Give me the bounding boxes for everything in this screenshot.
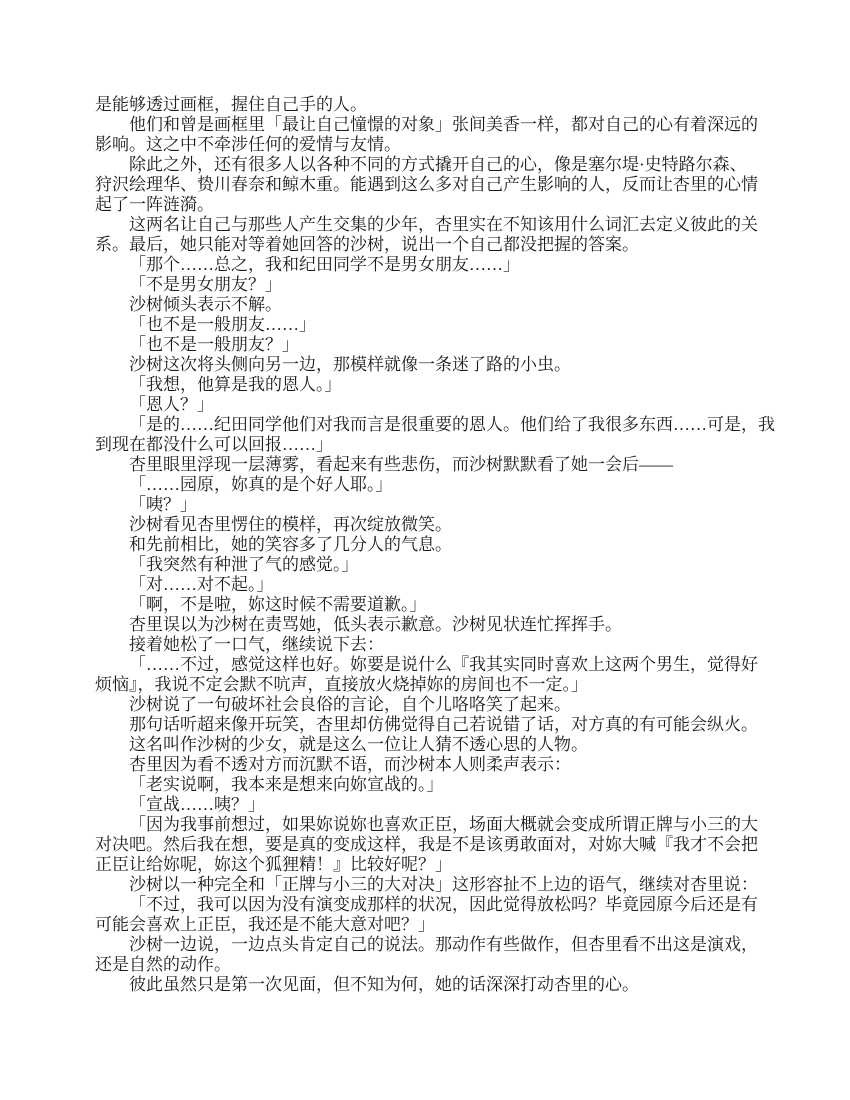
text-line: 沙树一边说，一边点头肯定自己的说法。那动作有些做作，但杏里看不出这是演戏， <box>95 935 759 955</box>
text-line: 「不是男女朋友？」 <box>95 275 759 295</box>
novel-text-block: 是能够透过画框，握住自己手的人。他们和曾是画框里「最让自己憧憬的对象」张间美香一… <box>95 95 759 995</box>
text-line: 「啊，不是啦，妳这时候不需要道歉。」 <box>95 595 759 615</box>
text-line: 狩沢绘理华、贽川春奈和鲸木重。能遇到这么多对自己产生影响的人，反而让杏里的心情 <box>95 175 759 195</box>
text-line: 沙树看见杏里愣住的模样，再次绽放微笑。 <box>95 515 759 535</box>
text-line: 「……园原，妳真的是个好人耶。」 <box>95 475 759 495</box>
text-line: 系。最后，她只能对等着她回答的沙树，说出一个自己都没把握的答案。 <box>95 235 759 255</box>
text-line: 烦恼』，我说不定会默不吭声，直接放火烧掉妳的房间也不一定。」 <box>95 675 759 695</box>
text-line: 是能够透过画框，握住自己手的人。 <box>95 95 759 115</box>
text-line: 「对……对不起。」 <box>95 575 759 595</box>
text-line: 那句话听超来像开玩笑，杏里却仿佛觉得自己若说错了话，对方真的有可能会纵火。 <box>95 715 759 735</box>
text-line: 还是自然的动作。 <box>95 955 759 975</box>
text-line: 这两名让自己与那些人产生交集的少年，杏里实在不知该用什么词汇去定义彼此的关 <box>95 215 759 235</box>
text-line: 「宣战……咦？」 <box>95 795 759 815</box>
text-line: 杏里因为看不透对方而沉默不语，而沙树本人则柔声表示： <box>95 755 759 775</box>
text-line: 「是的……纪田同学他们对我而言是很重要的恩人。他们给了我很多东西……可是，我 <box>95 415 759 435</box>
document-page: 是能够透过画框，握住自己手的人。他们和曾是画框里「最让自己憧憬的对象」张间美香一… <box>0 0 850 1100</box>
text-line: 「不过，我可以因为没有演变成那样的状况，因此觉得放松吗？毕竟园原今后还是有 <box>95 895 759 915</box>
text-line: 对决吧。然后我在想，要是真的变成这样，我是不是该勇敢面对，对妳大喊『我才不会把 <box>95 835 759 855</box>
text-line: 彼此虽然只是第一次见面，但不知为何，她的话深深打动杏里的心。 <box>95 975 759 995</box>
text-line: 沙树以一种完全和「正牌与小三的大对决」这形容扯不上边的语气，继续对杏里说： <box>95 875 759 895</box>
text-line: 起了一阵涟漪。 <box>95 195 759 215</box>
text-line: 「因为我事前想过，如果妳说妳也喜欢正臣，场面大概就会变成所谓正牌与小三的大 <box>95 815 759 835</box>
text-line: 可能会喜欢上正臣，我还是不能大意对吧？」 <box>95 915 759 935</box>
text-line: 影响。这之中不牵涉任何的爱情与友情。 <box>95 135 759 155</box>
text-line: 正臣让给妳呢，妳这个狐狸精！』比较好呢？」 <box>95 855 759 875</box>
text-line: 杏里误以为沙树在责骂她，低头表示歉意。沙树见状连忙挥挥手。 <box>95 615 759 635</box>
text-line: 沙树倾头表示不解。 <box>95 295 759 315</box>
text-line: 沙树这次将头侧向另一边，那模样就像一条迷了路的小虫。 <box>95 355 759 375</box>
text-line: 除此之外，还有很多人以各种不同的方式撬开自己的心，像是塞尔堤·史特路尔森、 <box>95 155 759 175</box>
text-line: 「也不是一般朋友？」 <box>95 335 759 355</box>
text-line: 杏里眼里浮现一层薄雾，看起来有些悲伤，而沙树默默看了她一会后—— <box>95 455 759 475</box>
text-line: 「恩人？」 <box>95 395 759 415</box>
text-line: 接着她松了一口气，继续说下去： <box>95 635 759 655</box>
text-line: 这名叫作沙树的少女，就是这么一位让人猜不透心思的人物。 <box>95 735 759 755</box>
text-line: 和先前相比，她的笑容多了几分人的气息。 <box>95 535 759 555</box>
text-line: 到现在都没什么可以回报……」 <box>95 435 759 455</box>
text-line: 沙树说了一句破坏社会良俗的言论，自个儿咯咯笑了起来。 <box>95 695 759 715</box>
text-line: 他们和曾是画框里「最让自己憧憬的对象」张间美香一样，都对自己的心有着深远的 <box>95 115 759 135</box>
text-line: 「也不是一般朋友……」 <box>95 315 759 335</box>
text-line: 「那个……总之，我和纪田同学不是男女朋友……」 <box>95 255 759 275</box>
text-line: 「老实说啊，我本来是想来向妳宣战的。」 <box>95 775 759 795</box>
text-line: 「……不过，感觉这样也好。妳要是说什么『我其实同时喜欢上这两个男生，觉得好 <box>95 655 759 675</box>
text-line: 「我想，他算是我的恩人。」 <box>95 375 759 395</box>
text-line: 「咦？」 <box>95 495 759 515</box>
text-line: 「我突然有种泄了气的感觉。」 <box>95 555 759 575</box>
